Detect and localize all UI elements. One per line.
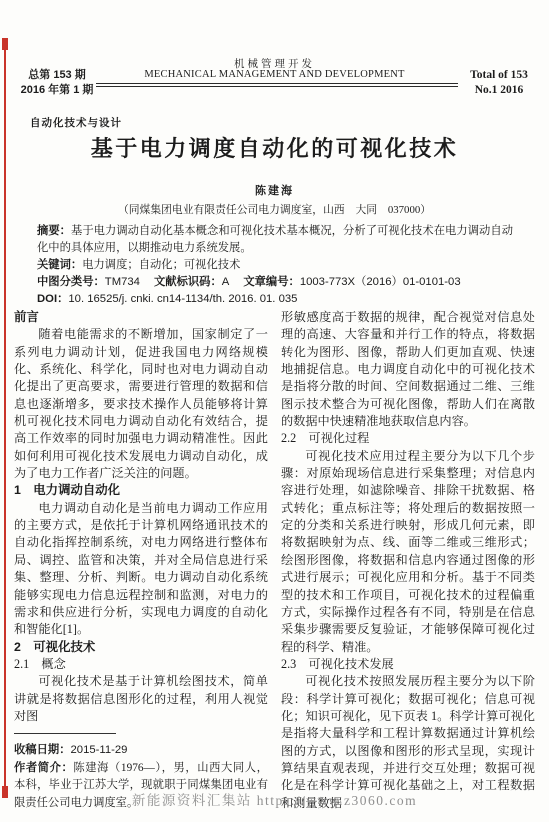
article-author: 陈建海 [0,182,549,198]
section-1-paragraph: 电力调动自动化是当前电力调动工作应用的主要方式，是依托于计算机网络通讯技术的自动… [14,500,268,639]
issue-number-en: No.1 2016 [459,83,539,98]
footnote-rule [14,733,116,734]
author-bio-label: 作者简介： [14,762,73,774]
keywords: 关键词：电力调度；自动化；可视化技术 [37,257,513,274]
header-double-rule [96,83,458,87]
section-1-heading: 1 电力调动自动化 [14,482,268,499]
scan-mark-top [2,38,8,50]
abstract-text: 基于电力调动自动化基本概念和可视化技术基本概况，分析了可视化技术在电力调动自动化… [37,225,513,254]
left-column: 前言 随着电能需求的不断增加，国家制定了一系列电力调动计划，促进我国电力网络规模… [14,309,268,813]
journal-page: 机械管理开发 MECHANICAL MANAGEMENT AND DEVELOP… [0,0,549,822]
section-2-1-paragraph: 可视化技术是基于计算机绘图技术，简单讲就是将数据信息图形化的过程，利用人视觉对图 [14,673,268,725]
section-2-1-heading: 2.1 概念 [14,656,268,673]
received-date-label: 收稿日期： [14,744,71,756]
issue-total-en: Total of 153 [459,68,539,83]
article-no-value: 1003-773X（2016）01-0101-03 [300,276,461,288]
section-2-2-paragraph: 可视化技术应用过程主要分为以下几个步骤：对原始现场信息进行采集整理；对信息内容进… [281,448,535,656]
article-title: 基于电力调度自动化的可视化技术 [0,132,549,163]
issue-info-en: Total of 153 No.1 2016 [459,68,539,98]
received-date: 收稿日期：2015-11-29 [14,742,268,760]
section-2-heading: 2 可视化技术 [14,639,268,656]
continued-paragraph: 形敏感度高于数据的规律，配合视觉对信息处理的高速、大容量和并行工作的特点，将数据… [281,309,535,430]
intro-heading: 前言 [14,309,268,326]
section-2-3-heading: 2.3 可视化技术发展 [281,656,535,673]
received-date-value: 2015-11-29 [71,744,128,756]
body-columns: 前言 随着电能需求的不断增加，国家制定了一系列电力调动计划，促进我国电力网络规模… [14,309,535,813]
doi-line: DOI：10. 16525/j. cnki. cn14-1134/th. 201… [37,291,513,308]
doc-code-value: A [222,276,230,288]
clc-label: 中图分类号： [37,276,105,288]
doc-code-label: 文献标识码： [154,276,222,288]
article-affiliation: （同煤集团电业有限责任公司电力调度室，山西 大同 037000） [0,202,549,217]
keywords-text: 电力调度；自动化；可视化技术 [82,259,240,271]
section-2-2-heading: 2.2 可视化过程 [281,430,535,447]
site-watermark: 新能源资料汇集站 https://www.z3060.com [0,789,549,809]
keywords-label: 关键词： [37,259,82,271]
volume-total: 总第 153 期 [18,68,96,83]
abstract-label: 摘要： [37,225,71,237]
clc-value: TM734 [105,276,140,288]
classification-line: 中图分类号：TM734文献标识码：A文章编号：1003-773X（2016）01… [37,274,513,291]
abstract: 摘要：基于电力调动自动化基本概念和可视化技术基本概况，分析了可视化技术在电力调动… [37,223,513,257]
volume-issue: 2016 年第 1 期 [18,83,96,98]
column-section-label: 自动化技术与设计 [30,115,122,130]
article-no-label: 文章编号： [243,276,300,288]
intro-paragraph: 随着电能需求的不断增加，国家制定了一系列电力调动计划，促进我国电力网络规模化、系… [14,326,268,482]
doi-value: 10. 16525/j. cnki. cn14-1134/th. 2016. 0… [68,293,297,305]
doi-label: DOI： [37,293,68,305]
article-meta-block: 摘要：基于电力调动自动化基本概念和可视化技术基本概况，分析了可视化技术在电力调动… [37,223,513,308]
volume-info: 总第 153 期 2016 年第 1 期 [18,68,96,97]
right-column: 形敏感度高于数据的规律，配合视觉对信息处理的高速、大容量和并行工作的特点，将数据… [281,309,535,813]
